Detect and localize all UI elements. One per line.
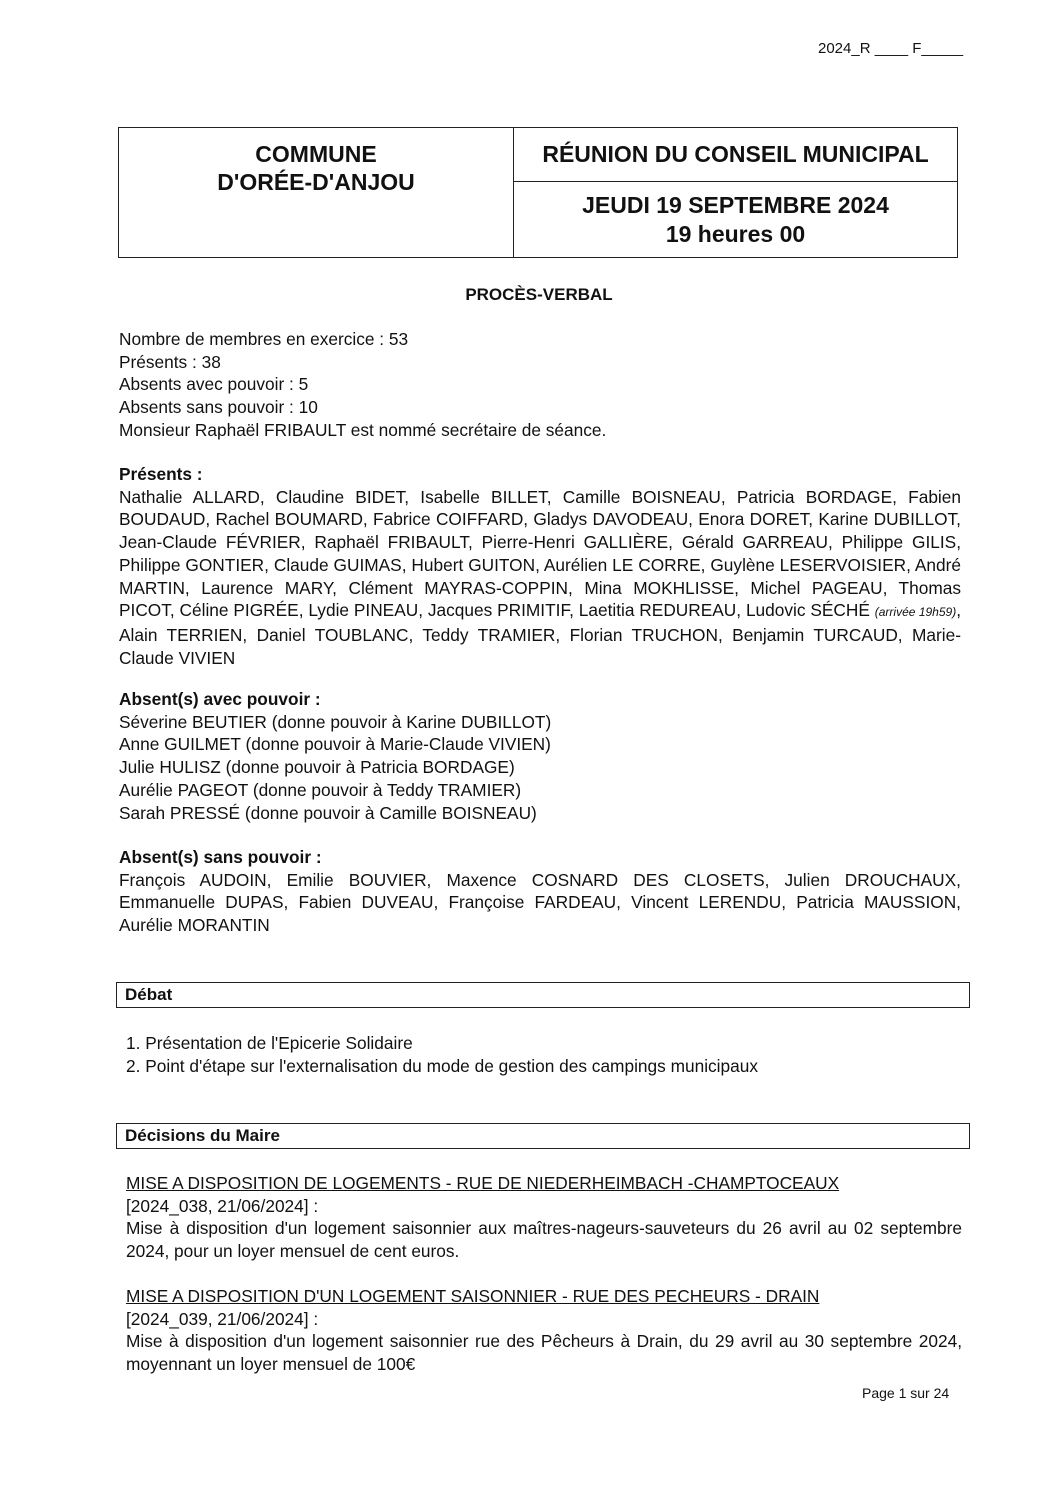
decision-ref: [2024_038, 21/06/2024] : — [126, 1195, 962, 1218]
decision-body: Mise à disposition d'un logement saisonn… — [126, 1330, 962, 1375]
proxy-item: Séverine BEUTIER (donne pouvoir à Karine… — [119, 711, 961, 734]
absent-without-proxy-count: Absents sans pouvoir : 10 — [119, 396, 961, 419]
reference-number: 2024_R ____ F_____ — [818, 40, 963, 57]
meeting-info: RÉUNION DU CONSEIL MUNICIPAL JEUDI 19 SE… — [514, 128, 957, 257]
secretary-line: Monsieur Raphaël FRIBAULT est nommé secr… — [119, 419, 961, 442]
debate-item: 1. Présentation de l'Epicerie Solidaire — [126, 1032, 758, 1055]
debate-item: 2. Point d'étape sur l'externalisation d… — [126, 1055, 758, 1078]
absent-without-proxy-title: Absent(s) sans pouvoir : — [119, 846, 961, 869]
decision-title: MISE A DISPOSITION D'UN LOGEMENT SAISONN… — [126, 1285, 962, 1308]
meeting-title: RÉUNION DU CONSEIL MUNICIPAL — [514, 128, 957, 182]
meeting-datetime: JEUDI 19 SEPTEMBRE 2024 19 heures 00 — [514, 182, 957, 257]
members-count: Nombre de membres en exercice : 53 — [119, 328, 961, 351]
proxy-item: Aurélie PAGEOT (donne pouvoir à Teddy TR… — [119, 779, 961, 802]
decision-title: MISE A DISPOSITION DE LOGEMENTS - RUE DE… — [126, 1172, 962, 1195]
proxy-item: Julie HULISZ (donne pouvoir à Patricia B… — [119, 756, 961, 779]
commune-line-2: D'ORÉE-D'ANJOU — [217, 168, 415, 196]
absent-without-proxy-names: François AUDOIN, Emilie BOUVIER, Maxence… — [119, 869, 961, 937]
present-title: Présents : — [119, 463, 961, 486]
decision-ref: [2024_039, 21/06/2024] : — [126, 1308, 962, 1331]
absent-with-proxy-title: Absent(s) avec pouvoir : — [119, 688, 961, 711]
decision-item: MISE A DISPOSITION D'UN LOGEMENT SAISONN… — [126, 1285, 962, 1376]
arrival-note: (arrivée 19h59) — [875, 605, 956, 619]
attendance-counts: Nombre de membres en exercice : 53 Prése… — [119, 328, 961, 442]
header-box: COMMUNE D'ORÉE-D'ANJOU RÉUNION DU CONSEI… — [118, 127, 958, 258]
meeting-time: 19 heures 00 — [666, 220, 805, 249]
mayor-decisions-section-header: Décisions du Maire — [116, 1123, 970, 1149]
present-section: Présents : Nathalie ALLARD, Claudine BID… — [119, 463, 961, 669]
document-title: PROCÈS-VERBAL — [0, 285, 1058, 305]
commune-line-1: COMMUNE — [255, 140, 376, 168]
absent-with-proxy-section: Absent(s) avec pouvoir : Séverine BEUTIE… — [119, 688, 961, 824]
meeting-date: JEUDI 19 SEPTEMBRE 2024 — [582, 191, 889, 220]
absent-without-proxy-section: Absent(s) sans pouvoir : François AUDOIN… — [119, 846, 961, 937]
present-names: Nathalie ALLARD, Claudine BIDET, Isabell… — [119, 486, 961, 670]
absent-with-proxy-count: Absents avec pouvoir : 5 — [119, 373, 961, 396]
debate-list: 1. Présentation de l'Epicerie Solidaire … — [126, 1032, 758, 1077]
present-count: Présents : 38 — [119, 351, 961, 374]
debate-section-header: Débat — [116, 982, 970, 1008]
decision-item: MISE A DISPOSITION DE LOGEMENTS - RUE DE… — [126, 1172, 962, 1263]
proxy-item: Sarah PRESSÉ (donne pouvoir à Camille BO… — [119, 802, 961, 825]
commune-name: COMMUNE D'ORÉE-D'ANJOU — [119, 128, 514, 257]
proxy-item: Anne GUILMET (donne pouvoir à Marie-Clau… — [119, 733, 961, 756]
page-number: Page 1 sur 24 — [862, 1385, 949, 1401]
decision-body: Mise à disposition d'un logement saisonn… — [126, 1217, 962, 1262]
